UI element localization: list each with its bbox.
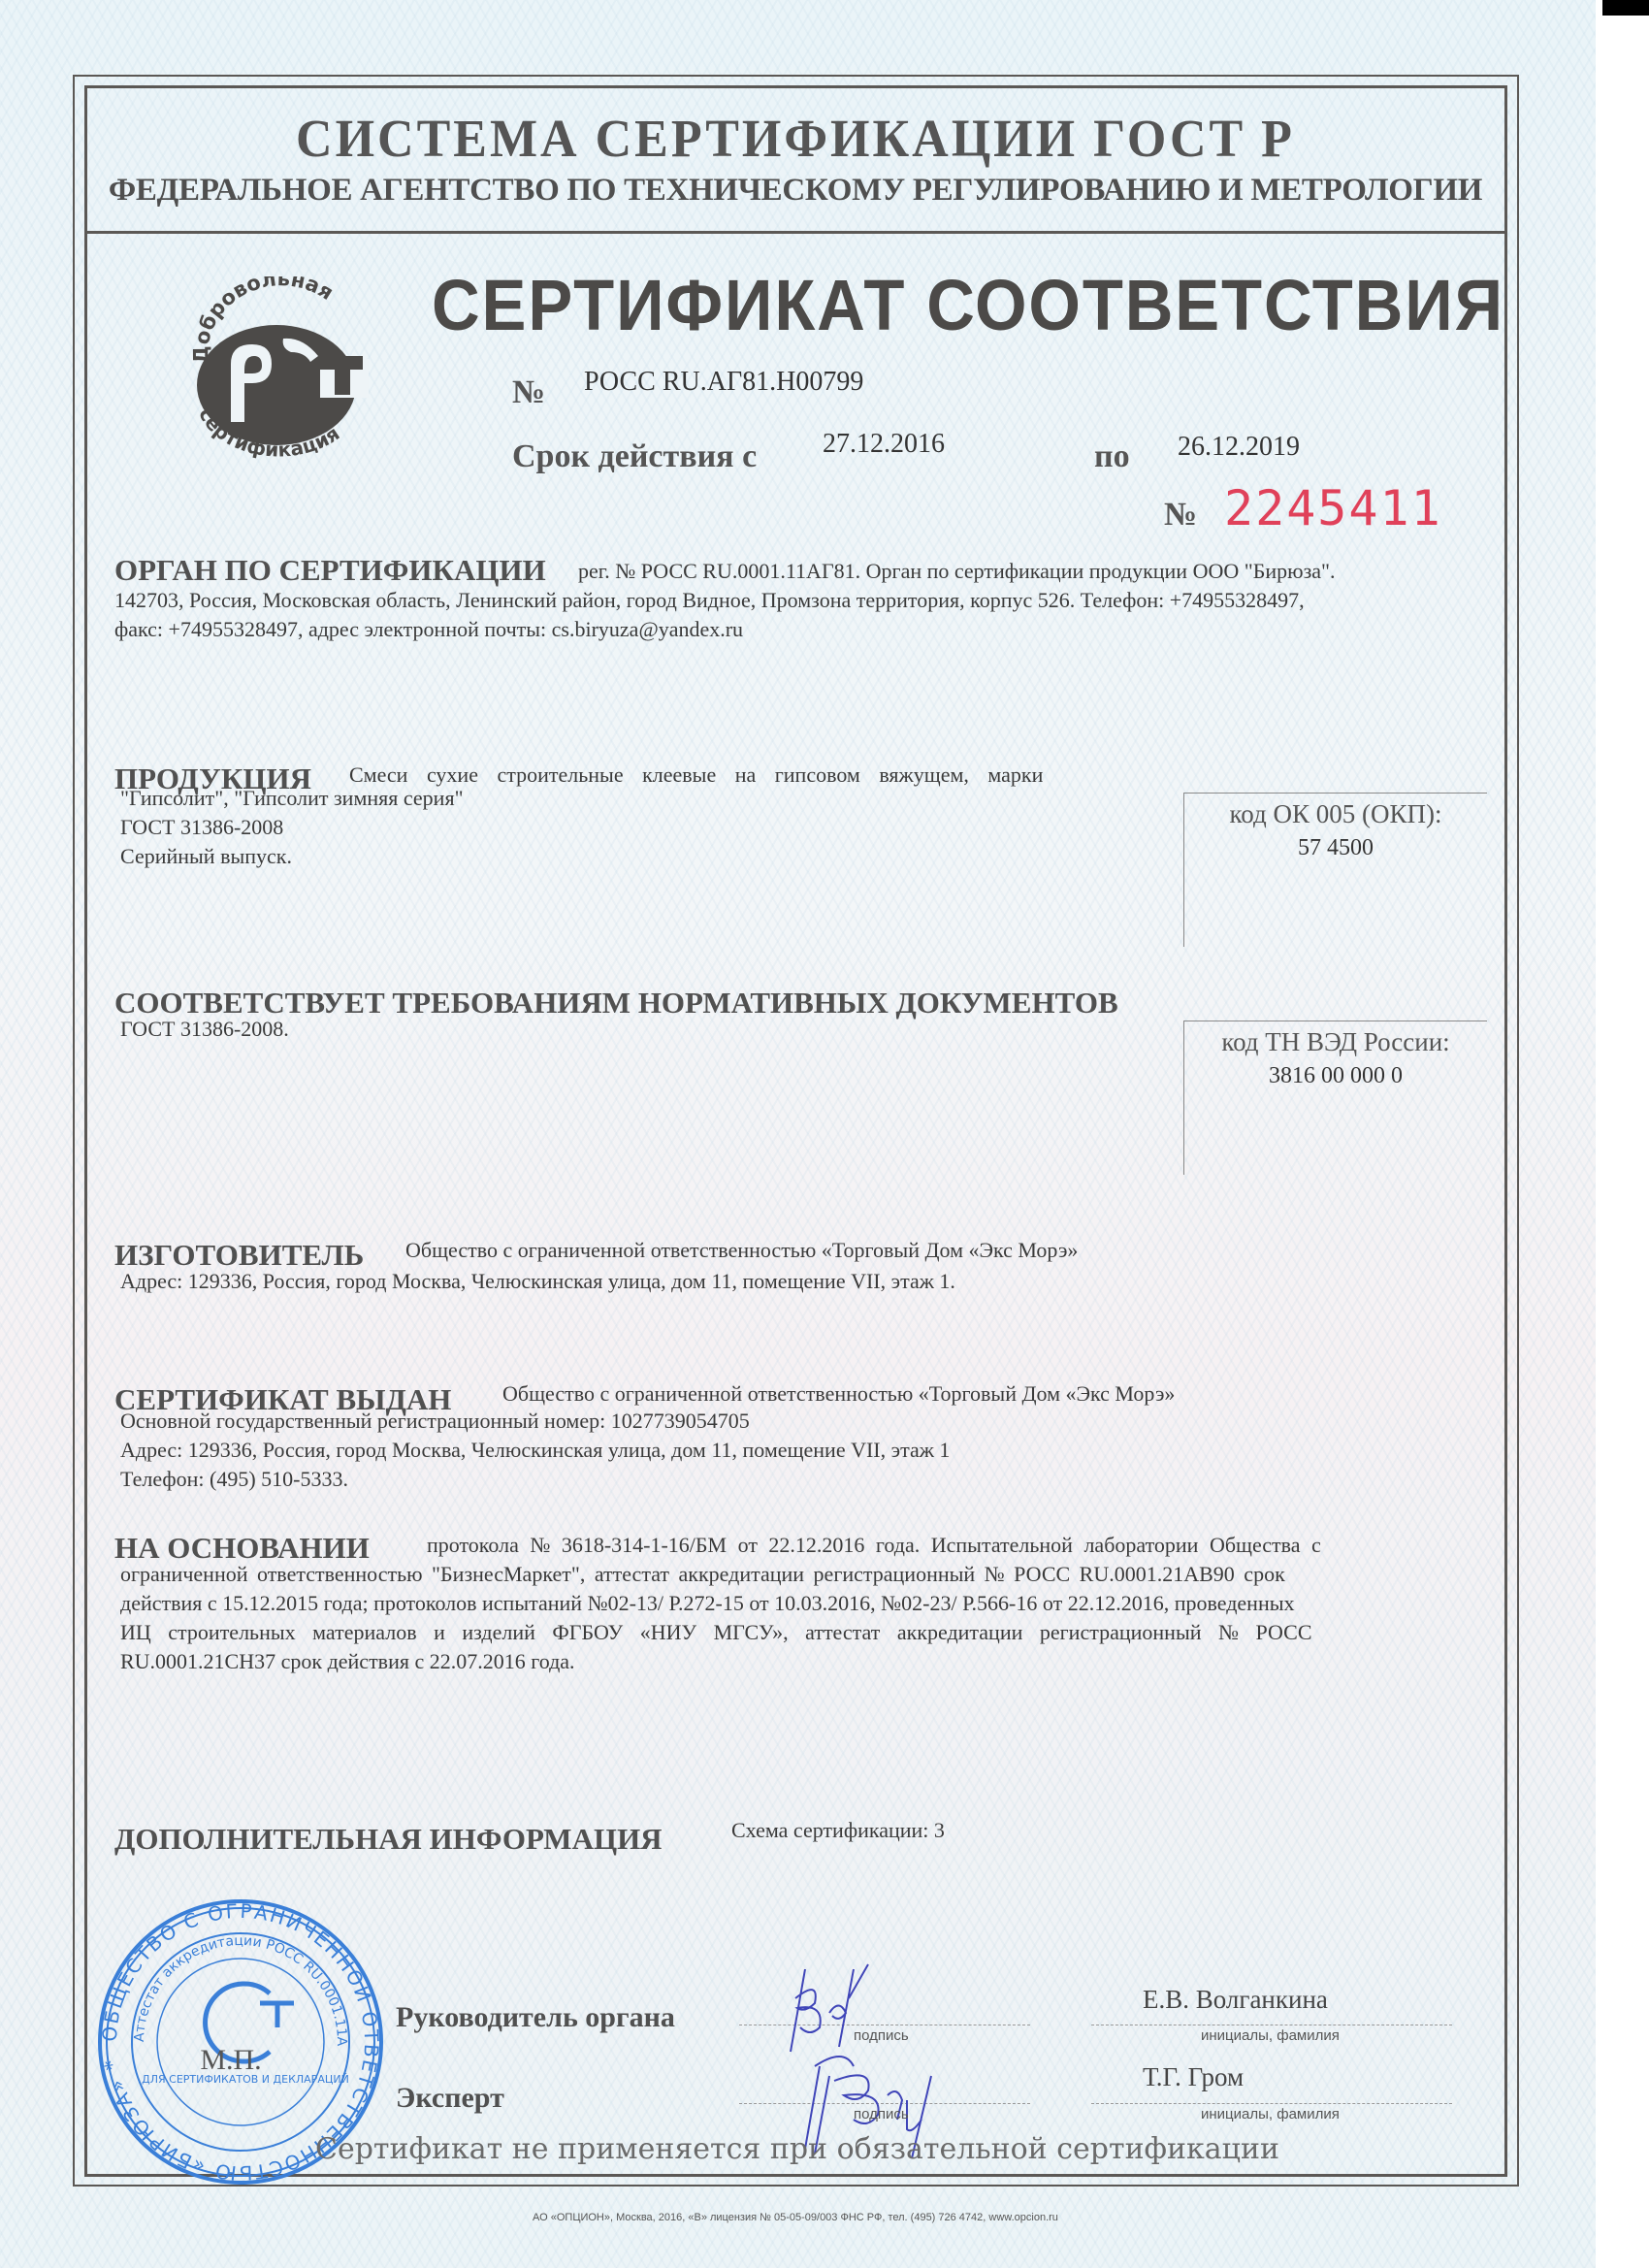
number-label: №: [512, 374, 545, 411]
product-serial: Серийный выпуск.: [120, 842, 292, 871]
voluntary-notice: Сертификат не применяется при обязательн…: [315, 2132, 1279, 2166]
okp-code-value: 57 4500: [1184, 835, 1487, 861]
tnved-code-box: код ТН ВЭД России: 3816 00 000 0: [1183, 1021, 1487, 1175]
additional-info-heading: ДОПОЛНИТЕЛЬНАЯ ИНФОРМАЦИЯ: [114, 1822, 663, 1857]
certificate-number: РОСС RU.АГ81.Н00799: [584, 367, 863, 398]
certification-body-heading: ОРГАН ПО СЕРТИФИКАЦИИ: [114, 553, 546, 588]
certification-scheme: Схема сертификации: 3: [731, 1816, 945, 1845]
stamp-mp-text: М.П.: [200, 2044, 261, 2076]
okp-code-box: код ОК 005 (ОКП): 57 4500: [1183, 793, 1487, 947]
head-name: Е.В. Волганкина: [1143, 1985, 1328, 2015]
issued-to-name: Общество с ограниченной ответственностью…: [502, 1379, 1175, 1409]
validity-label: Срок действия с: [512, 438, 757, 475]
basis-line-4: ИЦ строительных материалов и изделий ФГБ…: [120, 1618, 1488, 1647]
expert-sign-caption: подпись: [854, 2106, 909, 2122]
head-name-caption: инициалы, фамилия: [1201, 2027, 1340, 2044]
product-standard: ГОСТ 31386-2008: [120, 813, 283, 842]
head-name-line: [1091, 2025, 1452, 2025]
basis-line-2: ограниченной ответственностью "БизнесМар…: [120, 1560, 1488, 1589]
tnved-code-value: 3816 00 000 0: [1184, 1063, 1487, 1089]
expert-name-caption: инициалы, фамилия: [1201, 2106, 1340, 2122]
expert-name-line: [1091, 2103, 1452, 2104]
basis-line-1: протокола № 3618-314-1-16/БМ от 22.12.20…: [427, 1531, 1484, 1560]
manufacturer-name: Общество с ограниченной ответственностью…: [405, 1236, 1078, 1265]
expert-name: Т.Г. Гром: [1143, 2062, 1244, 2092]
product-line-2: "Гипсолит", "Гипсолит зимняя серия": [120, 784, 464, 813]
rst-logo-icon: Добровольная сертификация: [175, 276, 388, 461]
valid-to-label: по: [1094, 438, 1130, 475]
system-heading: СИСТЕМА СЕРТИФИКАЦИИ ГОСТ Р: [0, 110, 1591, 170]
scan-corner-mark: [1602, 0, 1649, 16]
basis-line-5: RU.0001.21СН37 срок действия с 22.07.201…: [120, 1647, 575, 1676]
issued-to-phone: Телефон: (495) 510-5333.: [120, 1465, 348, 1494]
agency-heading: ФЕДЕРАЛЬНОЕ АГЕНТСТВО ПО ТЕХНИЧЕСКОМУ РЕ…: [0, 173, 1591, 209]
header-divider: [84, 231, 1507, 234]
manufacturer-address: Адрес: 129336, Россия, город Москва, Чел…: [120, 1267, 955, 1296]
okp-code-label: код ОК 005 (ОКП):: [1184, 799, 1487, 829]
valid-to-date: 26.12.2019: [1178, 432, 1300, 463]
certification-body-line-3: факс: +74955328497, адрес электронной по…: [114, 615, 743, 644]
head-role-label: Руководитель органа: [396, 2001, 675, 2034]
valid-from-date: 27.12.2016: [823, 429, 945, 460]
basis-line-3: действия с 15.12.2015 года; протоколов и…: [120, 1589, 1488, 1618]
product-line-1: Смеси сухие строительные клеевые на гипс…: [349, 761, 1154, 790]
printer-footer: АО «ОПЦИОН», Москва, 2016, «В» лицензия …: [0, 2212, 1591, 2223]
issued-to-ogrn: Основной государственный регистрационный…: [120, 1407, 750, 1436]
issued-to-address: Адрес: 129336, Россия, город Москва, Чел…: [120, 1436, 950, 1465]
form-number-label: №: [1164, 497, 1197, 534]
form-number: 2245411: [1224, 480, 1442, 536]
certification-body-line-1: рег. № РОСС RU.0001.11АГ81. Орган по сер…: [578, 557, 1492, 586]
conformity-standard: ГОСТ 31386-2008.: [120, 1015, 289, 1044]
tnved-code-label: код ТН ВЭД России:: [1184, 1027, 1487, 1057]
certificate-title: СЕРТИФИКАТ СООТВЕТСТВИЯ: [432, 264, 1504, 346]
expert-role-label: Эксперт: [396, 2082, 504, 2115]
certification-body-line-2: 142703, Россия, Московская область, Лени…: [114, 586, 1305, 615]
